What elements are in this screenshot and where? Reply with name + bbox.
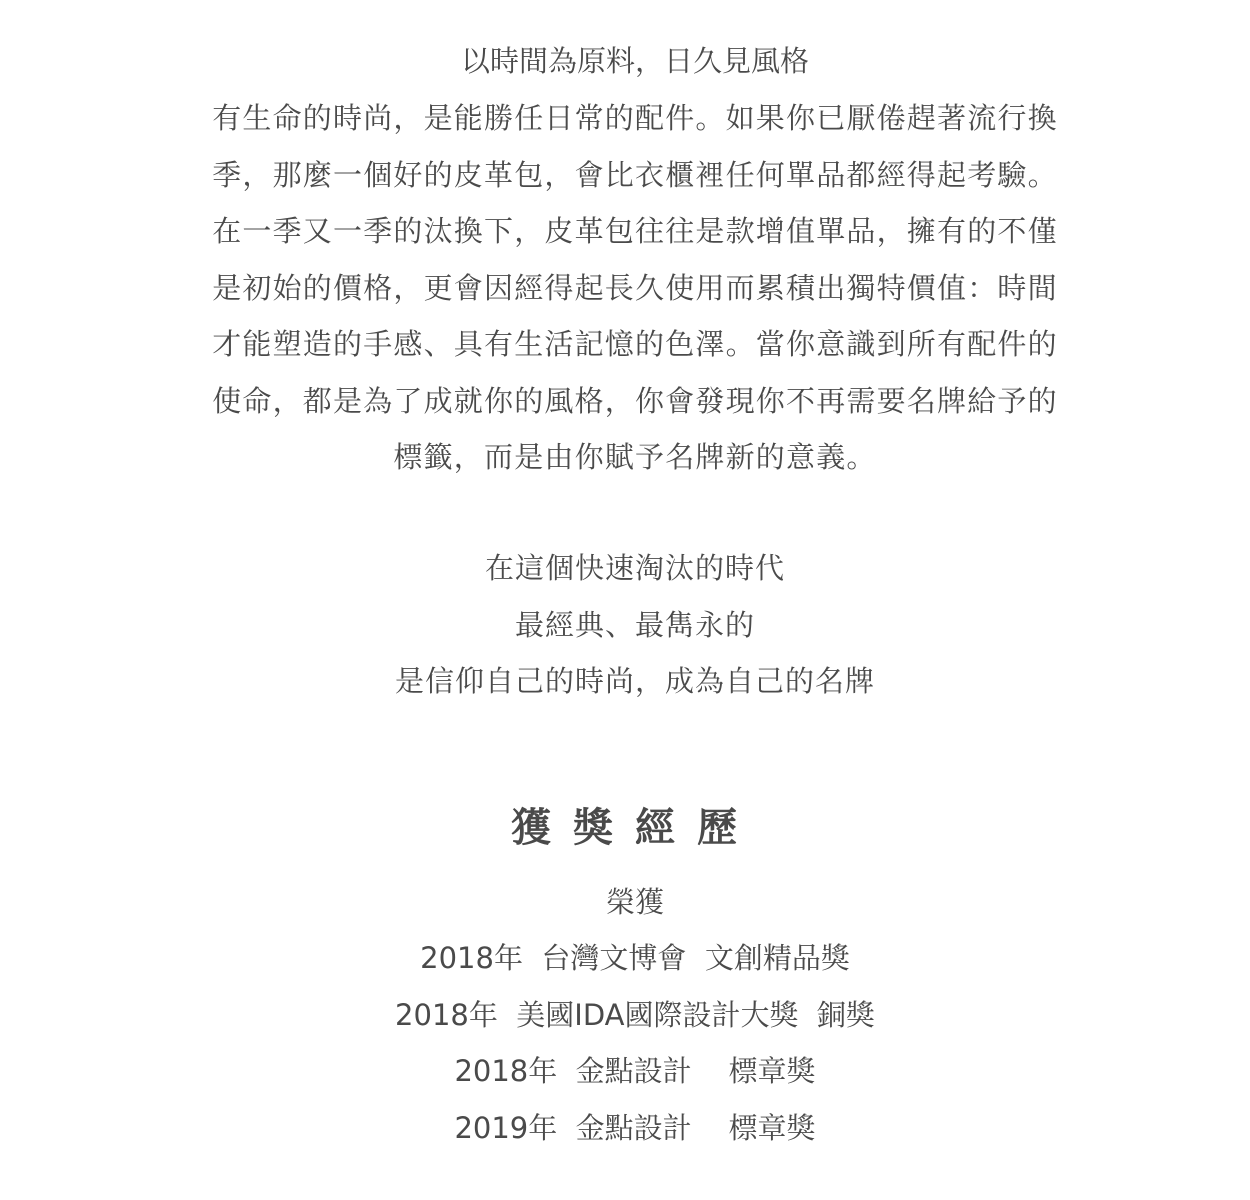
intro-paragraph: 有生命的時尚，是能勝任日常的配件。如果你已厭倦趕著流行換 季，那麼一個好的皮革包…	[172, 90, 1098, 486]
intro-line: 使命，都是為了成就你的風格，你會發現你不再需要名牌給予的	[172, 373, 1098, 430]
intro-line: 是初始的價格，更會因經得起長久使用而累積出獨特價值：時間	[172, 260, 1098, 317]
intro-line: 在一季又一季的汰換下，皮革包往往是款增值單品，擁有的不僅	[172, 203, 1098, 260]
intro-line: 標籤，而是由你賦予名牌新的意義。	[172, 429, 1098, 486]
slogan-line: 在這個快速淘汰的時代	[0, 540, 1250, 597]
intro-title: 以時間為原料，日久見風格	[0, 38, 1250, 84]
slogan: 在這個快速淘汰的時代 最經典、最雋永的 是信仰自己的時尚，成為自己的名牌	[0, 540, 1250, 710]
intro-line: 才能塑造的手感、具有生活記憶的色澤。當你意識到所有配件的	[172, 316, 1098, 373]
award-item: 2018年 金點設計 標章獎	[0, 1043, 1250, 1100]
awards-heading: 獲獎經歷	[0, 800, 1250, 856]
page: 以時間為原料，日久見風格 有生命的時尚，是能勝任日常的配件。如果你已厭倦趕著流行…	[0, 0, 1250, 1200]
slogan-line: 最經典、最雋永的	[0, 597, 1250, 654]
award-item: 2018年 美國IDA國際設計大獎 銅獎	[0, 987, 1250, 1044]
intro-line: 有生命的時尚，是能勝任日常的配件。如果你已厭倦趕著流行換	[172, 90, 1098, 147]
award-item: 2018年 台灣文博會 文創精品獎	[0, 930, 1250, 987]
intro-line: 季，那麼一個好的皮革包，會比衣櫃裡任何單品都經得起考驗。	[172, 147, 1098, 204]
awards-list: 2018年 台灣文博會 文創精品獎 2018年 美國IDA國際設計大獎 銅獎 2…	[0, 930, 1250, 1156]
award-item: 2019年 金點設計 標章獎	[0, 1100, 1250, 1157]
slogan-line: 是信仰自己的時尚，成為自己的名牌	[0, 653, 1250, 710]
awards-subheading: 榮獲	[0, 874, 1250, 930]
